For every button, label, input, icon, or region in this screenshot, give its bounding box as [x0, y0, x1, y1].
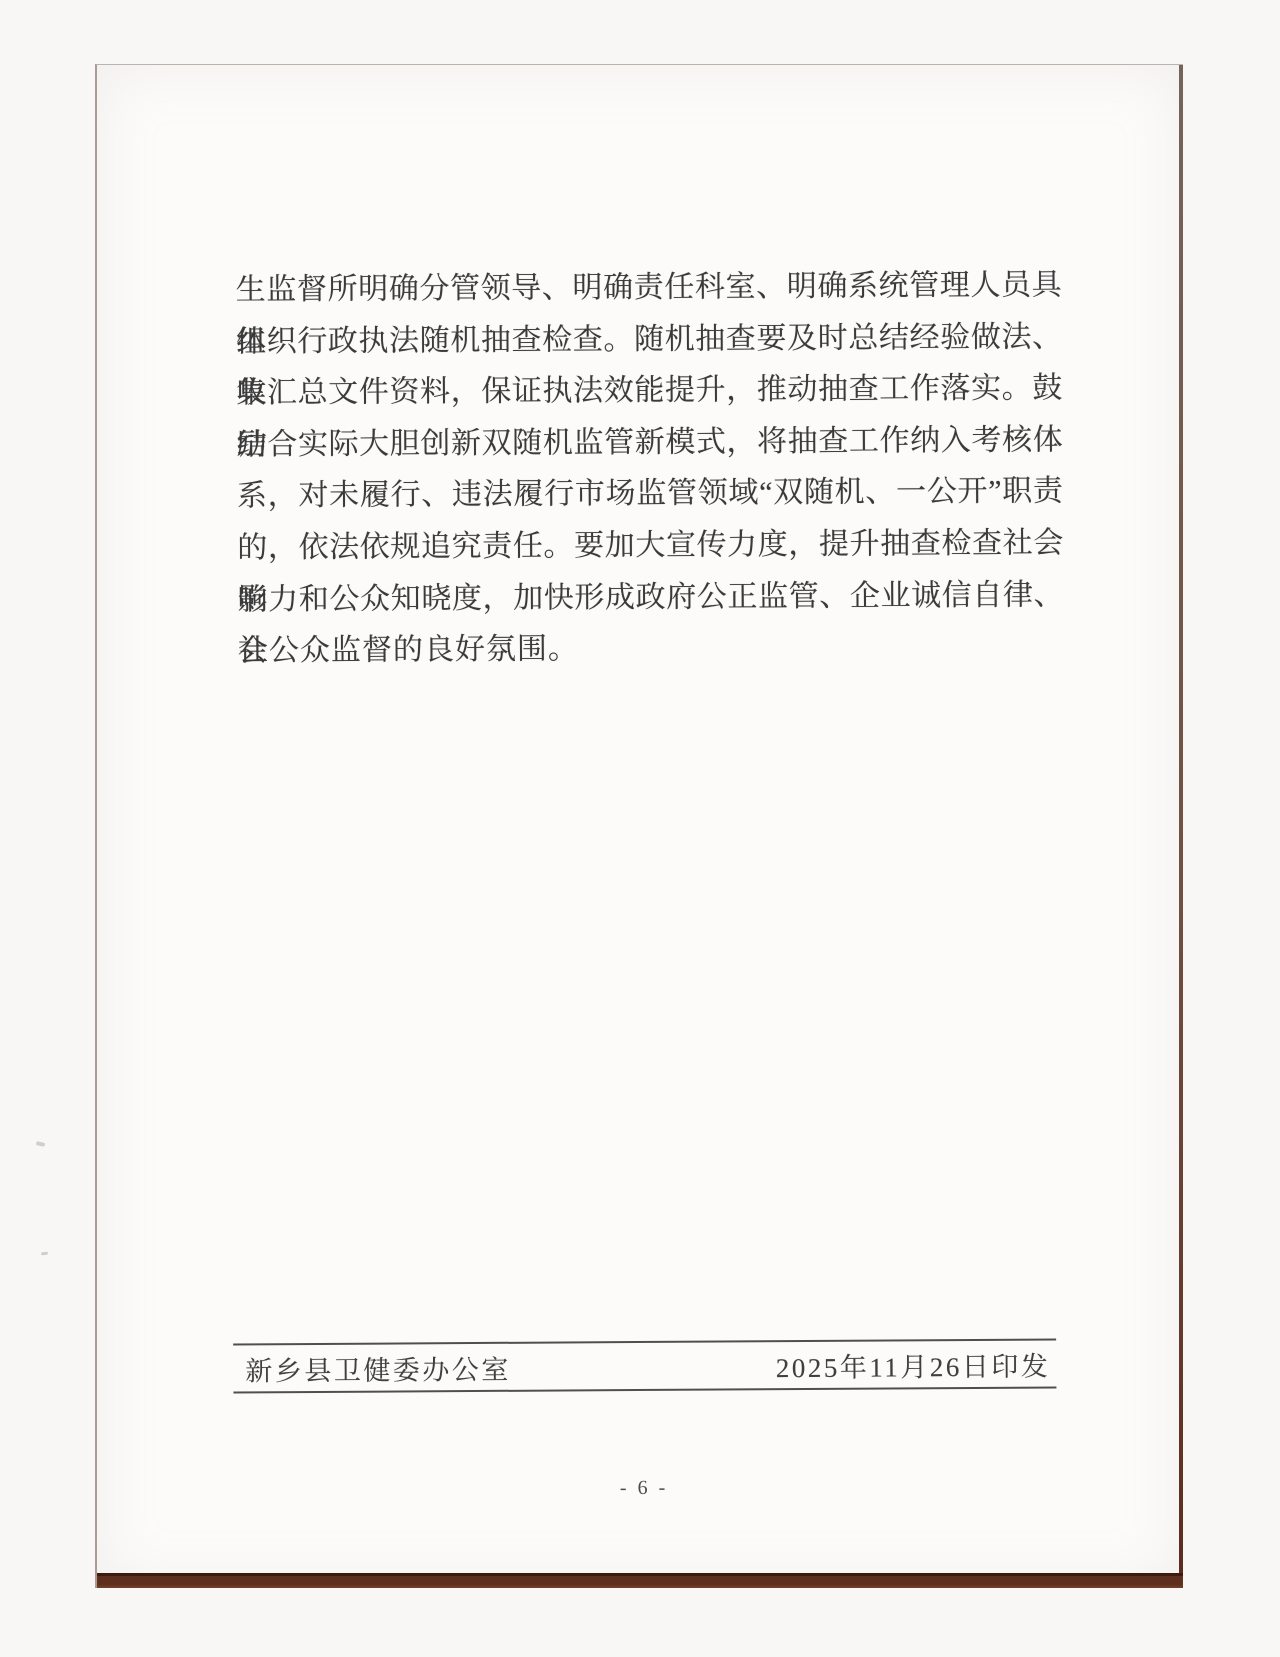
- body-line: 的，依法依规追究责任。要加大宣传力度，提升抽查检查社会影: [237, 517, 1063, 574]
- page-bottom-edge: [97, 1573, 1183, 1588]
- page-right-edge: [1179, 65, 1183, 1588]
- body-line: 结合实际大胆创新双随机监管新模式，将抽查工作纳入考核体: [237, 414, 1063, 471]
- document-page: 生监督所明确分管领导、明确责任科室、明确系统管理人员具体 组织行政执法随机抽查检…: [95, 64, 1183, 1588]
- print-date: 2025年11月26日印发: [776, 1344, 1051, 1385]
- scan-artifact: [36, 1141, 46, 1147]
- body-line: 系，对未履行、违法履行市场监管领域“双随机、一公开”职责: [237, 466, 1063, 523]
- body-line: 生监督所明确分管领导、明确责任科室、明确系统管理人员具体: [236, 259, 1062, 316]
- body-line: 组织行政执法随机抽查检查。随机抽查要及时总结经验做法、收: [236, 311, 1062, 368]
- scan-artifact: [41, 1252, 48, 1256]
- colophon: 新乡县卫健委办公室 2025年11月26日印发: [233, 1338, 1056, 1393]
- page-number: - 6 -: [101, 1474, 1187, 1504]
- body-line: 会公众监督的良好氛围。: [238, 621, 1064, 678]
- body-line: 响力和公众知晓度，加快形成政府公正监管、企业诚信自律、社: [237, 569, 1063, 626]
- body-text: 生监督所明确分管领导、明确责任科室、明确系统管理人员具体 组织行政执法随机抽查检…: [236, 259, 1065, 677]
- page-content: 生监督所明确分管领导、明确责任科室、明确系统管理人员具体 组织行政执法随机抽查检…: [92, 62, 1187, 1592]
- body-line: 集汇总文件资料，保证执法效能提升，推动抽查工作落实。鼓励: [236, 363, 1062, 420]
- issuing-office: 新乡县卫健委办公室: [245, 1347, 511, 1388]
